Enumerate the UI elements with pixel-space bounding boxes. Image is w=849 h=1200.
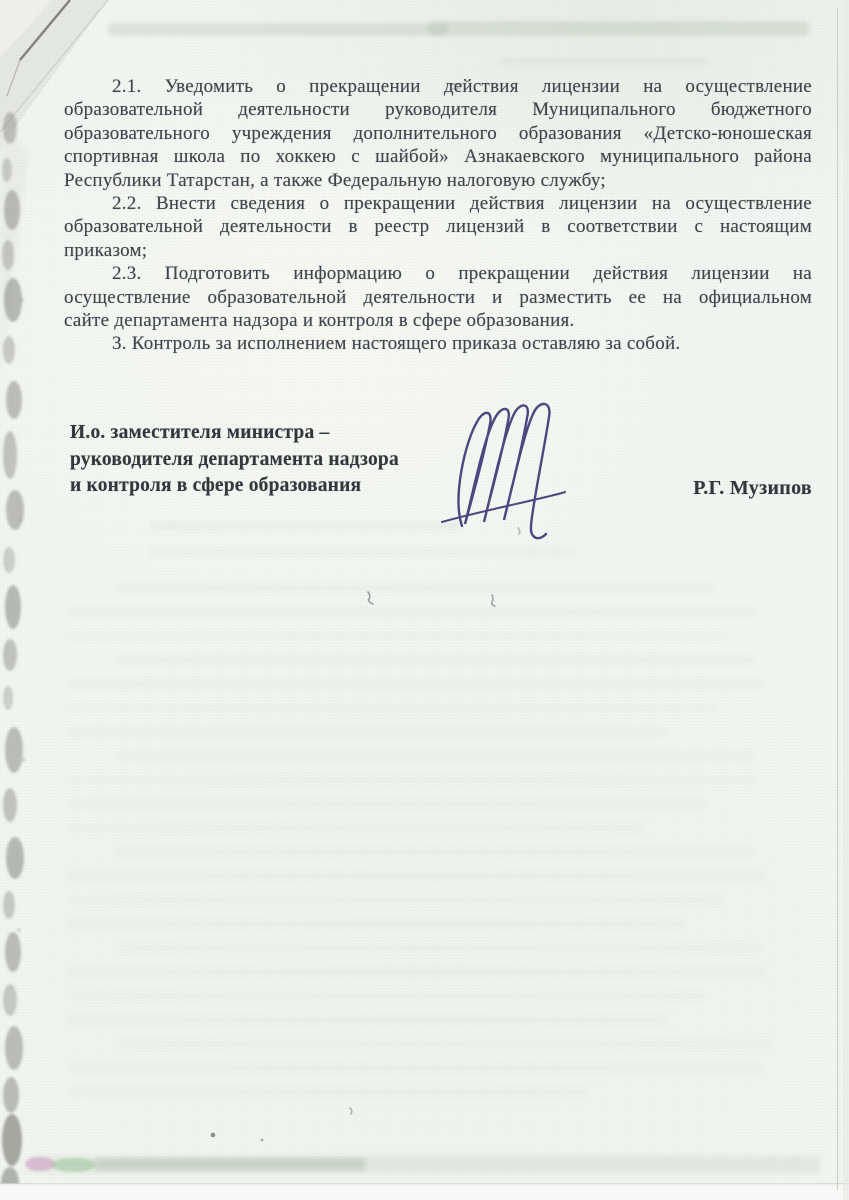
specks [211, 1133, 264, 1142]
body-line: образовательной деятельности в реестр ли… [64, 215, 812, 238]
signatory-title: И.о. заместителя министра – руководителя… [70, 420, 399, 500]
order-paragraph-2-2: 2.2. Внести сведения о прекращении дейст… [64, 192, 812, 262]
body-line: осуществление образовательной деятельнос… [64, 286, 812, 309]
body-line: Республики Татарстан, а также Федеральну… [64, 169, 812, 192]
right-edge [838, 0, 849, 1200]
body-line: спортивная школа по хоккею с шайбой» Азн… [64, 145, 812, 168]
body-line: образовательной деятельности руководител… [64, 98, 812, 121]
left-edge-noise [1, 112, 26, 1199]
signatory-title-line: И.о. заместителя министра – [70, 420, 399, 447]
bleedthrough-text [66, 522, 774, 1096]
signatory-title-line: руководителя департамента надзора [70, 447, 399, 474]
order-paragraph-3: 3. Контроль за исполнением настоящего пр… [64, 332, 812, 355]
order-paragraph-2-3: 2.3. Подготовить информацию о прекращени… [64, 262, 812, 332]
body-line: образовательного учреждения дополнительн… [64, 122, 812, 145]
signatory-name: Р.Г. Музипов [693, 476, 812, 500]
body-line: 2.1. Уведомить о прекращении действия ли… [64, 75, 812, 98]
order-paragraph-2-1: 2.1. Уведомить о прекращении действия ли… [64, 75, 812, 192]
body-line: приказом; [64, 239, 812, 262]
body-line: 3. Контроль за исполнением настоящего пр… [64, 332, 812, 355]
order-body: 2.1. Уведомить о прекращении действия ли… [64, 75, 812, 356]
signatory-title-line: и контроля в сфере образования [70, 473, 399, 500]
smudges [350, 528, 520, 1114]
scanned-document-page: 2.1. Уведомить о прекращении действия ли… [0, 0, 849, 1200]
handwritten-signature [432, 398, 632, 553]
body-line: 2.2. Внести сведения о прекращении дейст… [64, 192, 812, 215]
body-line: 2.3. Подготовить информацию о прекращени… [64, 262, 812, 285]
bottom-band [0, 1156, 849, 1200]
top-bleed-band [108, 21, 810, 66]
body-line: сайте департамента надзора и контроля в … [64, 309, 812, 332]
